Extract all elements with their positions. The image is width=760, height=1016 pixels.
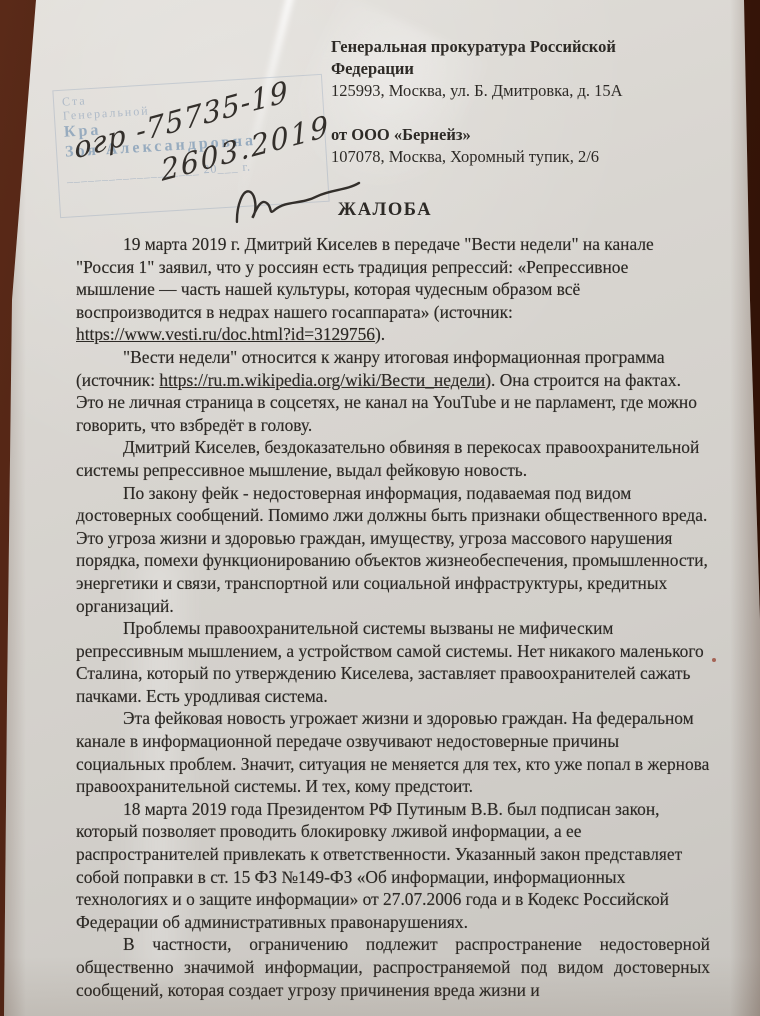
- paragraph-8: В частности, ограничению подлежит распро…: [76, 933, 710, 1001]
- vesti-source-link: https://www.vesti.ru/doc.html?id=3129756: [76, 324, 375, 344]
- document-text-layer: Генеральная прокуратура Российской Федер…: [0, 0, 760, 1016]
- document-body: 19 марта 2019 г. Дмитрий Киселев в перед…: [76, 233, 710, 1001]
- paragraph-2: "Вести недели" относится к жанру итогова…: [76, 346, 710, 436]
- recipient-address: 125993, Москва, ул. Б. Дмитровка, д. 15А: [331, 80, 661, 102]
- header-spacer: [331, 102, 661, 124]
- sender-address: 107078, Москва, Хоромный тупик, 2/6: [331, 146, 661, 168]
- recipient-name: Генеральная прокуратура Российской Федер…: [331, 36, 661, 80]
- photo-of-document: Ста Генеральной Кра Зоя Александровна __…: [0, 0, 760, 1016]
- paper-sheet: Ста Генеральной Кра Зоя Александровна __…: [0, 0, 760, 1016]
- document-title: ЖАЛОБА: [60, 200, 710, 221]
- sender-name: от ООО «Бернейз»: [331, 124, 661, 146]
- wikipedia-source-link: https://ru.m.wikipedia.org/wiki/Вести_не…: [159, 370, 485, 390]
- paragraph-5: Проблемы правоохранительной системы вызв…: [76, 617, 710, 707]
- paper-speck: [712, 658, 716, 662]
- paragraph-1-text: 19 марта 2019 г. Дмитрий Киселев в перед…: [76, 234, 654, 322]
- paragraph-1-end: ).: [375, 324, 385, 344]
- paragraph-7: 18 марта 2019 года Президентом РФ Путины…: [76, 798, 710, 934]
- paragraph-1: 19 марта 2019 г. Дмитрий Киселев в перед…: [76, 233, 710, 346]
- paragraph-6: Эта фейковая новость угрожает жизни и зд…: [76, 707, 710, 797]
- paragraph-3: Дмитрий Киселев, бездоказательно обвиняя…: [76, 436, 710, 481]
- paragraph-4: По закону фейк - недостоверная информаци…: [76, 482, 710, 618]
- document-header: Генеральная прокуратура Российской Федер…: [331, 36, 661, 168]
